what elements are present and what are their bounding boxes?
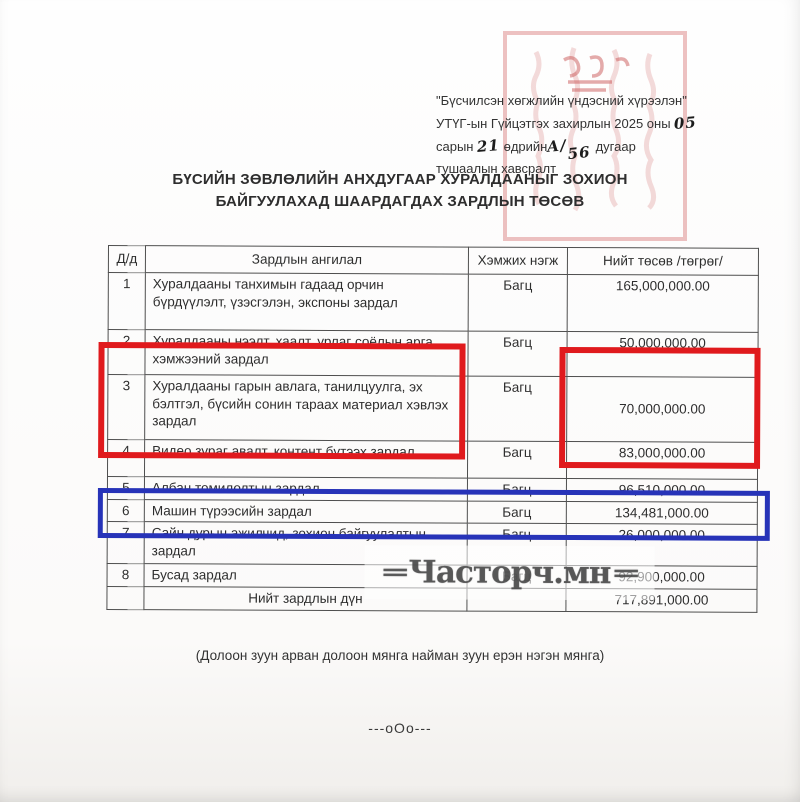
unit-cell: Багц <box>468 274 567 331</box>
table-header-row: Д/д Зардлын ангилал Хэмжих нэгж Нийт төс… <box>108 246 758 276</box>
watermark-flourish-left: = <box>379 559 409 585</box>
table-row: 5 Албан томилолтын зардал Багц 96,510,00… <box>107 476 757 502</box>
budget-table-body: 1 Хуралдааны танхимын гадаад орчин бүрдү… <box>107 272 758 589</box>
row-number-cell: 5 <box>107 476 144 499</box>
amount-cell: 134,481,000.00 <box>566 501 757 525</box>
watermark-text: Часторч.мн <box>409 554 611 591</box>
row-number-cell: 3 <box>108 374 145 439</box>
header-total-budget: Нийт төсөв /төгрөг/ <box>567 248 758 276</box>
amount-cell: 96,510,000.00 <box>566 478 757 502</box>
handwritten-month: 05 <box>673 111 698 137</box>
amount-cell: 50,000,000.00 <box>567 331 758 377</box>
category-cell: Хуралдааны нээлт, хаалт, урлаг соёлын ар… <box>145 329 468 375</box>
note-text-3: өдрийн <box>504 139 548 154</box>
scanned-document-page: "Бүсчилсэн хөгжлийн үндэсний хүрээлэн" У… <box>0 0 800 802</box>
handwritten-doc-no: А/ <box>546 134 568 159</box>
table-area: Д/д Зардлын ангилал Хэмжих нэгж Нийт төс… <box>106 245 764 648</box>
row-number-cell: 2 <box>108 329 145 374</box>
watermark-flourish-right: = <box>610 560 640 586</box>
unit-cell: Багц <box>467 501 566 524</box>
table-row: 6 Машин түрээсийн зардал Багц 134,481,00… <box>107 499 757 525</box>
stamp-top-glyphs <box>564 57 628 90</box>
amount-cell: 165,000,000.00 <box>567 274 758 332</box>
row-number-cell: 8 <box>107 564 144 587</box>
title-line-1: БҮСИЙН ЗӨВЛӨЛИЙН АНХДУГААР ХУРАЛДААНЫГ З… <box>0 169 800 191</box>
header-row-number: Д/д <box>108 246 145 273</box>
note-text-2: сарын <box>436 139 473 154</box>
table-row: 3 Хуралдааны гарын авлага, танилцуулга, … <box>108 374 758 442</box>
category-cell: Видео зураг авалт, контент бүтээх зардал <box>144 439 467 477</box>
table-row: 2 Хуралдааны нээлт, хаалт, урлаг соёлын … <box>108 329 758 377</box>
title-line-2: БАЙГУУЛАХАД ШААРДАГДАХ ЗАРДЛЫН ТӨСӨВ <box>0 191 800 213</box>
category-cell: Хуралдааны гарын авлага, танилцуулга, эх… <box>145 374 468 440</box>
row-number-cell: 1 <box>108 272 145 329</box>
appendix-note: "Бүсчилсэн хөгжлийн үндэсний хүрээлэн" У… <box>436 91 698 179</box>
table-row: 4 Видео зураг авалт, контент бүтээх зард… <box>107 439 757 479</box>
amount-cell: 83,000,000.00 <box>566 441 757 479</box>
closing-mark: ---оОо--- <box>0 720 800 736</box>
total-row-empty-cell <box>107 587 144 610</box>
unit-cell: Багц <box>467 441 566 478</box>
amount-cell: 70,000,000.00 <box>567 376 758 442</box>
unit-cell: Багц <box>468 331 567 376</box>
header-category: Зардлын ангилал <box>145 246 468 274</box>
row-number-cell: 4 <box>107 439 144 476</box>
category-cell: Хуралдааны танхимын гадаад орчин бүрдүүл… <box>145 272 468 330</box>
watermark: =Часторч.мн= <box>364 545 654 600</box>
handwritten-doc-no-denominator: 56 <box>567 141 592 167</box>
header-unit: Хэмжих нэгж <box>468 247 567 274</box>
table-row: 1 Хуралдааны танхимын гадаад орчин бүрдү… <box>108 272 758 332</box>
category-cell: Машин түрээсийн зардал <box>144 499 467 523</box>
category-cell: Албан томилолтын зардал <box>144 476 467 500</box>
document-title: БҮСИЙН ЗӨВЛӨЛИЙН АНХДУГААР ХУРАЛДААНЫГ З… <box>0 169 800 213</box>
handwritten-day: 21 <box>476 134 501 160</box>
row-number-cell: 6 <box>107 499 144 522</box>
amount-in-words: (Долоон зуун арван долоон мянга найман з… <box>0 648 800 663</box>
unit-cell: Багц <box>468 376 567 441</box>
row-number-cell: 7 <box>107 522 144 564</box>
unit-cell: Багц <box>467 478 566 501</box>
note-text-1: "Бүсчилсэн хөгжлийн үндэсний хүрээлэн" У… <box>436 93 687 131</box>
